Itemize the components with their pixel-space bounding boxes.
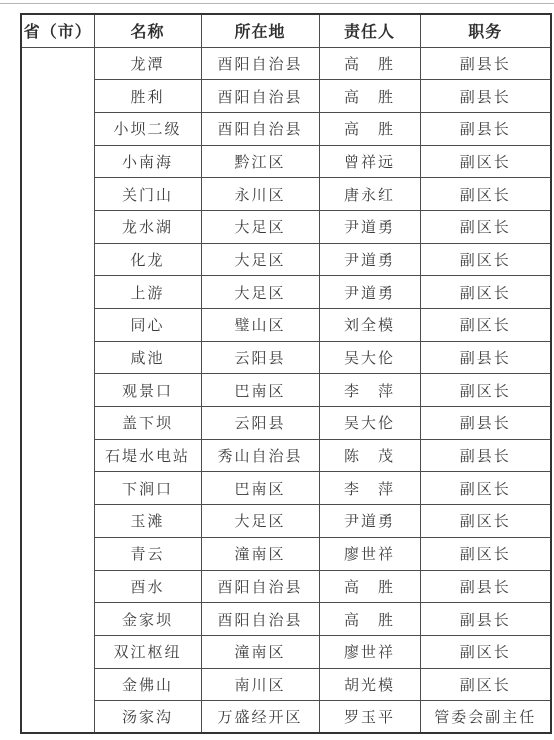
table-row: 小坝二级酉阳自治县高 胜副县长 — [21, 112, 551, 145]
cell-name: 玉滩 — [94, 505, 201, 538]
cell-title: 副县长 — [420, 112, 551, 145]
table-row: 小南海黔江区曾祥远副区长 — [21, 145, 551, 178]
cell-person: 高 胜 — [319, 603, 420, 636]
cell-location: 巴南区 — [201, 472, 319, 505]
cell-location: 潼南区 — [201, 537, 319, 570]
cell-person: 刘全模 — [319, 309, 420, 342]
cell-name: 化龙 — [94, 243, 201, 276]
cell-name: 小南海 — [94, 145, 201, 178]
table-row: 关门山永川区唐永红副区长 — [21, 178, 551, 211]
cell-location: 酉阳自治县 — [201, 603, 319, 636]
cell-title: 副区长 — [420, 276, 551, 309]
cell-person: 高 胜 — [319, 80, 420, 113]
table-row: 胜利酉阳自治县高 胜副县长 — [21, 80, 551, 113]
cell-location: 秀山自治县 — [201, 439, 319, 472]
cell-name: 龙潭 — [94, 47, 201, 80]
table-row: 同心璧山区刘全模副区长 — [21, 309, 551, 342]
cell-person: 廖世祥 — [319, 635, 420, 668]
cell-name: 观景口 — [94, 374, 201, 407]
cell-title: 副县长 — [420, 407, 551, 440]
cell-name: 双江枢纽 — [94, 635, 201, 668]
table-row: 龙潭酉阳自治县高 胜副县长 — [21, 47, 551, 80]
cell-person: 唐永红 — [319, 178, 420, 211]
cell-location: 大足区 — [201, 505, 319, 538]
cell-person: 高 胜 — [319, 570, 420, 603]
cell-title: 副区长 — [420, 472, 551, 505]
cell-location: 巴南区 — [201, 374, 319, 407]
table-row: 石堤水电站秀山自治县陈 茂副县长 — [21, 439, 551, 472]
cell-name: 小坝二级 — [94, 112, 201, 145]
cell-name: 咸池 — [94, 341, 201, 374]
cell-title: 管委会副主任 — [420, 701, 551, 734]
cell-name: 龙水湖 — [94, 210, 201, 243]
cell-name: 上游 — [94, 276, 201, 309]
cell-name: 金佛山 — [94, 668, 201, 701]
table-row: 金家坝酉阳自治县高 胜副县长 — [21, 603, 551, 636]
table-row: 青云潼南区廖世祥副区长 — [21, 537, 551, 570]
cell-title: 副区长 — [420, 210, 551, 243]
cell-name: 盖下坝 — [94, 407, 201, 440]
cell-title: 副县长 — [420, 439, 551, 472]
cell-location: 南川区 — [201, 668, 319, 701]
cell-title: 副区长 — [420, 178, 551, 211]
responsibility-table: 省（市） 名称 所在地 责任人 职务 龙潭酉阳自治县高 胜副县长胜利酉阳自治县高… — [20, 13, 552, 734]
cell-title: 副区长 — [420, 374, 551, 407]
table-row: 金佛山南川区胡光模副区长 — [21, 668, 551, 701]
cell-location: 云阳县 — [201, 341, 319, 374]
cell-location: 云阳县 — [201, 407, 319, 440]
cell-name: 金家坝 — [94, 603, 201, 636]
cell-name: 汤家沟 — [94, 701, 201, 734]
cell-location: 永川区 — [201, 178, 319, 211]
cell-person: 高 胜 — [319, 47, 420, 80]
cell-person: 李 萍 — [319, 472, 420, 505]
cell-person: 胡光模 — [319, 668, 420, 701]
col-header-location: 所在地 — [201, 14, 319, 47]
province-merged-cell — [21, 47, 94, 733]
cell-title: 副县长 — [420, 80, 551, 113]
cell-name: 酉水 — [94, 570, 201, 603]
table-row: 龙水湖大足区尹道勇副区长 — [21, 210, 551, 243]
cell-location: 酉阳自治县 — [201, 570, 319, 603]
cell-person: 李 萍 — [319, 374, 420, 407]
cell-name: 青云 — [94, 537, 201, 570]
cell-person: 尹道勇 — [319, 210, 420, 243]
col-header-title: 职务 — [420, 14, 551, 47]
cell-title: 副区长 — [420, 309, 551, 342]
cell-title: 副区长 — [420, 635, 551, 668]
cell-location: 璧山区 — [201, 309, 319, 342]
cell-title: 副区长 — [420, 243, 551, 276]
col-header-name: 名称 — [94, 14, 201, 47]
cell-location: 酉阳自治县 — [201, 47, 319, 80]
cell-location: 酉阳自治县 — [201, 112, 319, 145]
cell-person: 尹道勇 — [319, 505, 420, 538]
col-header-province: 省（市） — [21, 14, 94, 47]
col-header-person: 责任人 — [319, 14, 420, 47]
table-row: 下涧口巴南区李 萍副区长 — [21, 472, 551, 505]
cell-person: 尹道勇 — [319, 243, 420, 276]
cell-location: 大足区 — [201, 276, 319, 309]
cell-person: 曾祥远 — [319, 145, 420, 178]
cell-title: 副区长 — [420, 145, 551, 178]
table-row: 咸池云阳县吴大伦副县长 — [21, 341, 551, 374]
cell-name: 同心 — [94, 309, 201, 342]
cell-name: 石堤水电站 — [94, 439, 201, 472]
table-row: 观景口巴南区李 萍副区长 — [21, 374, 551, 407]
cell-person: 廖世祥 — [319, 537, 420, 570]
cell-person: 高 胜 — [319, 112, 420, 145]
cell-location: 黔江区 — [201, 145, 319, 178]
cell-name: 下涧口 — [94, 472, 201, 505]
cell-name: 关门山 — [94, 178, 201, 211]
table-row: 玉滩大足区尹道勇副区长 — [21, 505, 551, 538]
cell-person: 陈 茂 — [319, 439, 420, 472]
table-row: 盖下坝云阳县吴大伦副县长 — [21, 407, 551, 440]
table-row: 双江枢纽潼南区廖世祥副区长 — [21, 635, 551, 668]
table-row: 酉水酉阳自治县高 胜副县长 — [21, 570, 551, 603]
cell-location: 潼南区 — [201, 635, 319, 668]
cell-title: 副县长 — [420, 47, 551, 80]
cell-title: 副区长 — [420, 537, 551, 570]
cell-person: 吴大伦 — [319, 407, 420, 440]
cell-person: 尹道勇 — [319, 276, 420, 309]
table-row: 上游大足区尹道勇副区长 — [21, 276, 551, 309]
table-row: 汤家沟万盛经开区罗玉平管委会副主任 — [21, 701, 551, 734]
cell-location: 大足区 — [201, 243, 319, 276]
cell-title: 副县长 — [420, 570, 551, 603]
cell-location: 酉阳自治县 — [201, 80, 319, 113]
header-row: 省（市） 名称 所在地 责任人 职务 — [21, 14, 551, 47]
table-row: 化龙大足区尹道勇副区长 — [21, 243, 551, 276]
table-body: 龙潭酉阳自治县高 胜副县长胜利酉阳自治县高 胜副县长小坝二级酉阳自治县高 胜副县… — [21, 47, 551, 733]
cell-title: 副县长 — [420, 341, 551, 374]
cell-person: 罗玉平 — [319, 701, 420, 734]
top-partial-rule — [0, 3, 554, 4]
cell-location: 万盛经开区 — [201, 701, 319, 734]
cell-person: 吴大伦 — [319, 341, 420, 374]
cell-location: 大足区 — [201, 210, 319, 243]
cell-title: 副县长 — [420, 603, 551, 636]
cell-name: 胜利 — [94, 80, 201, 113]
cell-title: 副区长 — [420, 505, 551, 538]
cell-title: 副区长 — [420, 668, 551, 701]
